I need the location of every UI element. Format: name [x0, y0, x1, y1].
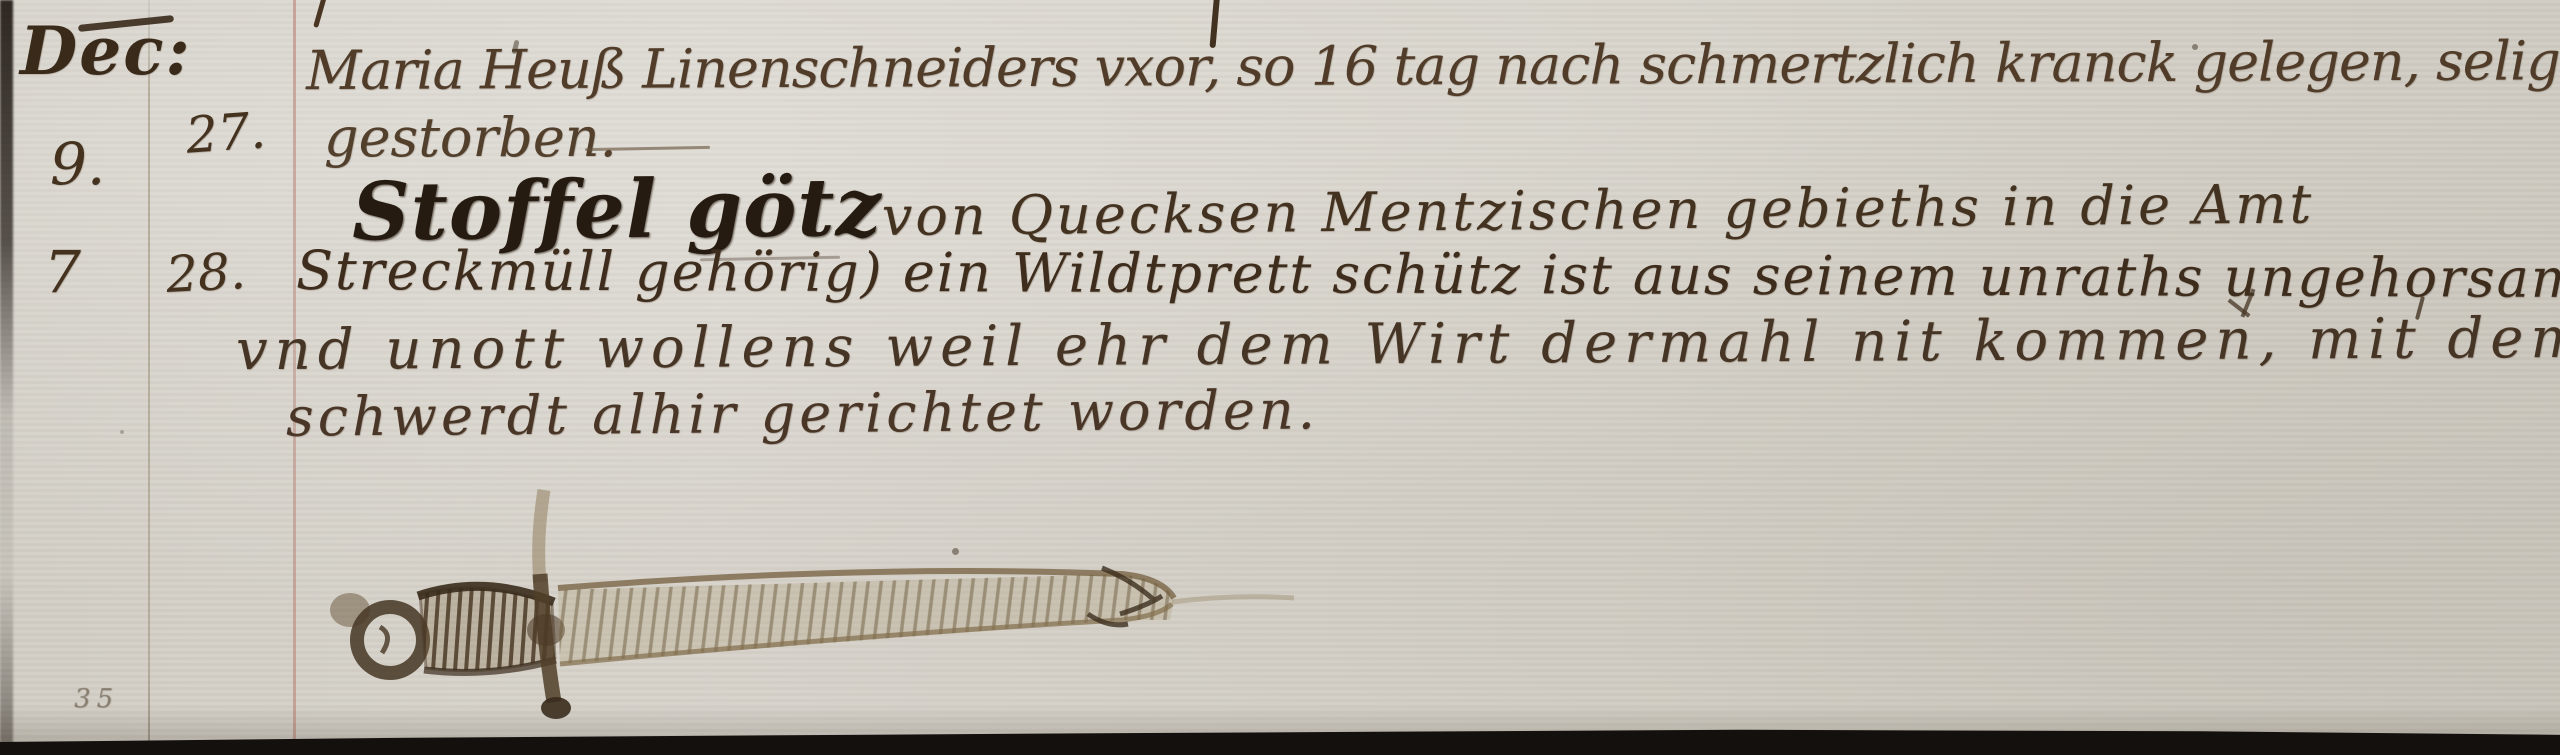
entry1-line1: Maria Heuß Linenschneiders vxor, so 16 t… [306, 29, 2560, 102]
sword-drawing [222, 462, 1322, 732]
entry2-line4: schwerdt alhir gerichtet worden. [286, 378, 1319, 448]
day-number-27: 27. [184, 101, 267, 164]
ink-speck [2192, 44, 2198, 50]
sword-blade [558, 568, 1294, 664]
sword-pommel [330, 593, 423, 673]
binding-shadow-left [0, 0, 13, 755]
entry1-line2: gestorben. [324, 106, 617, 169]
ink-speck [120, 430, 124, 434]
entry2-line2: Streckmüll gehörig) ein Wildtprett schüt… [296, 239, 2560, 310]
entry2-line1-rest: von Quecksen Mentzischen gebieths in die… [882, 172, 2315, 247]
crease-line [148, 0, 150, 755]
margin-number-row2: 7 [44, 238, 81, 306]
day-number-28: 28. [165, 242, 247, 304]
margin-number-row1: 9. [50, 130, 105, 198]
stray-ink-stroke [313, 0, 328, 28]
entry2-line3: vnd unott wollens weil ehr dem Wirt derm… [236, 306, 2560, 383]
manuscript-page: Dec: 9. 27. 7 28. Maria Heuß Linenschnei… [0, 0, 2560, 755]
ink-speck [952, 548, 959, 555]
